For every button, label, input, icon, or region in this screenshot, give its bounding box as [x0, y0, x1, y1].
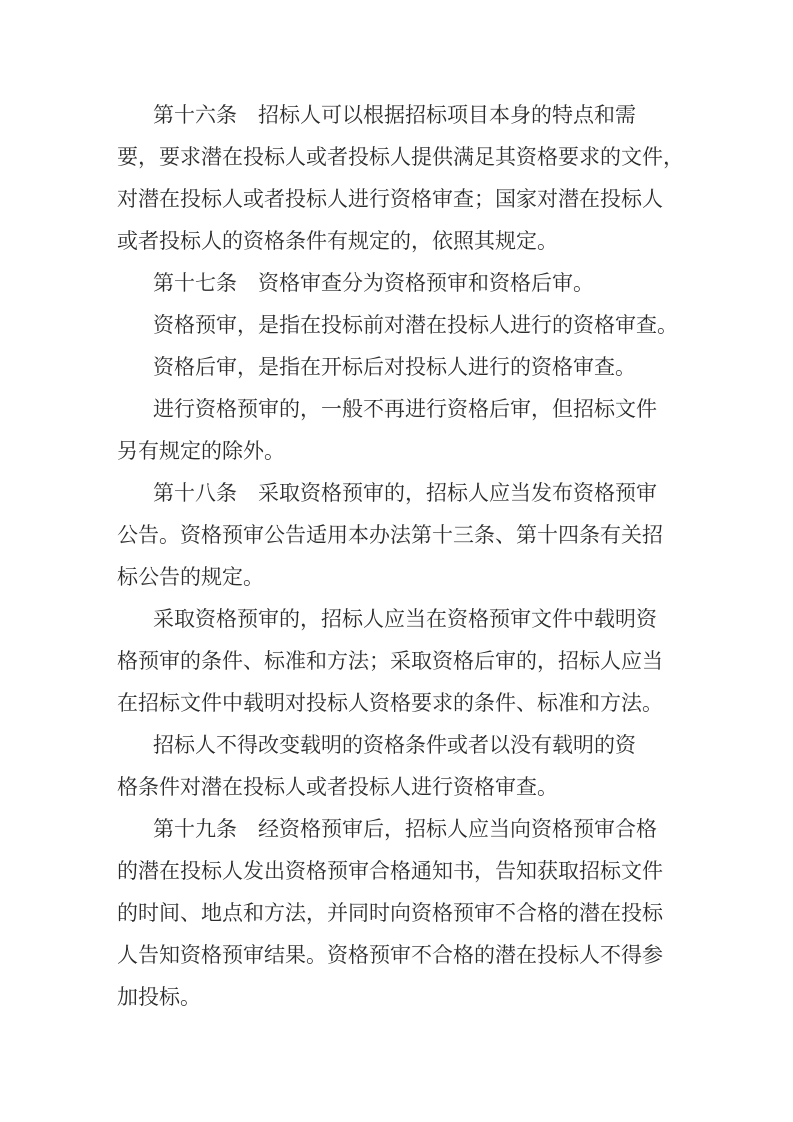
paragraph-prequalification-definition: 资格预审，是指在投标前对潜在投标人进行的资格审查。 — [117, 304, 683, 346]
paragraph-article-18: 第十八条 采取资格预审的，招标人应当发布资格预审 公告。资格预审公告适用本办法第… — [117, 472, 683, 598]
text-line: 资格后审，是指在开标后对投标人进行的资格审查。 — [117, 346, 683, 388]
text-line: 格预审的条件、标准和方法；采取资格后审的，招标人应当 — [117, 640, 683, 682]
text-line: 或者投标人的资格条件有规定的，依照其规定。 — [117, 220, 683, 262]
text-line: 在招标文件中载明对投标人资格要求的条件、标准和方法。 — [117, 682, 683, 724]
text-line: 公告。资格预审公告适用本办法第十三条、第十四条有关招 — [117, 514, 683, 556]
text-line: 第十九条 经资格预审后，招标人应当向资格预审合格 — [117, 808, 683, 850]
document-page: 第十六条 招标人可以根据招标项目本身的特点和需 要，要求潜在投标人或者投标人提供… — [0, 0, 793, 1122]
text-line: 招标人不得改变载明的资格条件或者以没有载明的资 — [117, 724, 683, 766]
paragraph-article-17: 第十七条 资格审查分为资格预审和资格后审。 — [117, 262, 683, 304]
text-line: 采取资格预审的，招标人应当在资格预审文件中载明资 — [117, 598, 683, 640]
text-line: 第十六条 招标人可以根据招标项目本身的特点和需 — [117, 94, 683, 136]
text-line: 进行资格预审的，一般不再进行资格后审，但招标文件 — [117, 388, 683, 430]
paragraph-article-16: 第十六条 招标人可以根据招标项目本身的特点和需 要，要求潜在投标人或者投标人提供… — [117, 94, 683, 262]
text-line: 标公告的规定。 — [117, 556, 683, 598]
paragraph-qualification-criteria: 采取资格预审的，招标人应当在资格预审文件中载明资 格预审的条件、标准和方法；采取… — [117, 598, 683, 724]
text-line: 人告知资格预审结果。资格预审不合格的潜在投标人不得参 — [117, 934, 683, 976]
paragraph-postqualification-definition: 资格后审，是指在开标后对投标人进行的资格审查。 — [117, 346, 683, 388]
document-content: 第十六条 招标人可以根据招标项目本身的特点和需 要，要求潜在投标人或者投标人提供… — [117, 94, 683, 1018]
paragraph-no-change-criteria: 招标人不得改变载明的资格条件或者以没有载明的资 格条件对潜在投标人或者投标人进行… — [117, 724, 683, 808]
text-line: 资格预审，是指在投标前对潜在投标人进行的资格审查。 — [117, 304, 683, 346]
text-line: 第十七条 资格审查分为资格预审和资格后审。 — [117, 262, 683, 304]
text-line: 第十八条 采取资格预审的，招标人应当发布资格预审 — [117, 472, 683, 514]
text-line: 的时间、地点和方法，并同时向资格预审不合格的潜在投标 — [117, 892, 683, 934]
text-line: 另有规定的除外。 — [117, 430, 683, 472]
text-line: 加投标。 — [117, 976, 683, 1018]
paragraph-article-19: 第十九条 经资格预审后，招标人应当向资格预审合格 的潜在投标人发出资格预审合格通… — [117, 808, 683, 1018]
text-line: 的潜在投标人发出资格预审合格通知书，告知获取招标文件 — [117, 850, 683, 892]
text-line: 格条件对潜在投标人或者投标人进行资格审查。 — [117, 766, 683, 808]
paragraph-prequalification-exception: 进行资格预审的，一般不再进行资格后审，但招标文件 另有规定的除外。 — [117, 388, 683, 472]
text-line: 要，要求潜在投标人或者投标人提供满足其资格要求的文件， — [117, 136, 683, 178]
text-line: 对潜在投标人或者投标人进行资格审查；国家对潜在投标人 — [117, 178, 683, 220]
